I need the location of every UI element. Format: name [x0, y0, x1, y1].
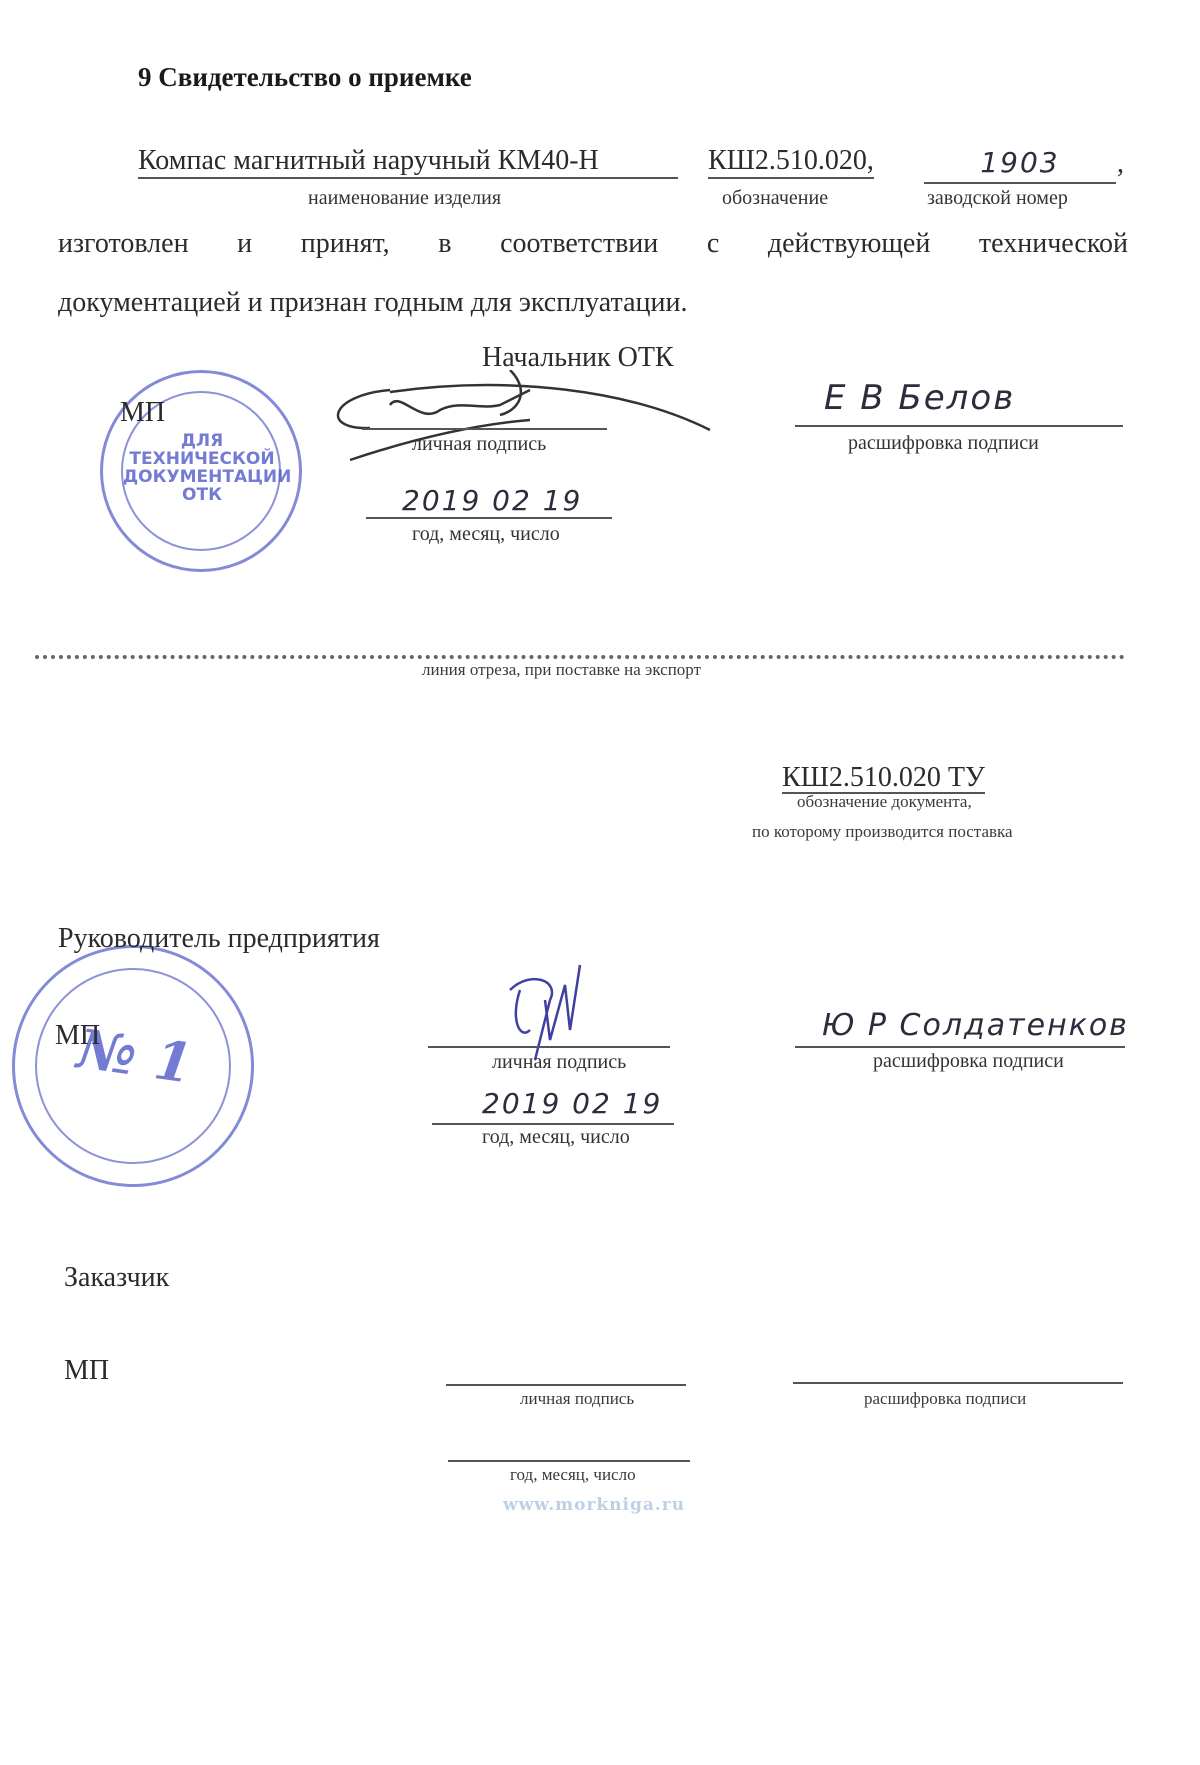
serial-number-field: 1903 — [924, 146, 1116, 184]
serial-number-caption: заводской номер — [927, 187, 1068, 210]
director-decoded-caption: расшифровка подписи — [873, 1050, 1064, 1073]
otk-date-line — [366, 517, 612, 519]
supply-doc-designation: КШ2.510.020 ТУ — [782, 764, 985, 794]
supply-doc-caption-1: обозначение документа, — [797, 792, 972, 812]
director-signature-line — [428, 1046, 670, 1048]
otk-stamp-text: ДЛЯ ТЕХНИЧЕСКОЙ ДОКУМЕНТАЦИИ ОТК — [123, 433, 281, 504]
cut-line-caption: линия отреза, при поставке на экспорт — [422, 660, 701, 680]
customer-date-caption: год, месяц, число — [510, 1465, 636, 1485]
director-stamp: № 1 — [12, 945, 254, 1187]
section-title: 9 Свидетельство о приемке — [138, 62, 472, 93]
customer-date-line — [448, 1460, 690, 1462]
director-signature-caption: личная подпись — [492, 1051, 626, 1074]
statement-line-1: изготовлен и принят, в соответствии с де… — [58, 228, 1128, 260]
director-date: 2019 02 19 — [482, 1087, 662, 1120]
watermark: www.morkniga.ru — [503, 1495, 685, 1515]
director-decoded-line — [795, 1046, 1125, 1048]
otk-decoded-name: Е В Белов — [824, 378, 1015, 418]
director-date-line — [432, 1123, 674, 1125]
customer-signature-caption: личная подпись — [520, 1389, 634, 1409]
director-mp-label: МП — [55, 1020, 100, 1052]
cut-line — [35, 655, 1125, 659]
customer-decoded-caption: расшифровка подписи — [864, 1389, 1026, 1409]
product-name-caption: наименование изделия — [308, 187, 501, 210]
director-decoded-name: Ю Р Солдатенков — [822, 1008, 1129, 1043]
otk-signature-line — [362, 428, 607, 430]
otk-decoded-caption: расшифровка подписи — [848, 432, 1039, 455]
serial-number-value: 1903 — [980, 146, 1059, 179]
product-designation-caption: обозначение — [722, 187, 828, 210]
otk-signature-caption: личная подпись — [412, 433, 546, 456]
customer-role: Заказчик — [64, 1262, 169, 1294]
product-name: Компас магнитный наручный КМ40-Н — [138, 145, 678, 179]
otk-mp-label: МП — [120, 397, 165, 429]
customer-signature-line — [446, 1384, 686, 1386]
otk-date: 2019 02 19 — [402, 484, 582, 517]
customer-decoded-line — [793, 1382, 1123, 1384]
customer-mp-label: МП — [64, 1355, 109, 1387]
supply-doc-caption-2: по которому производится поставка — [752, 822, 1013, 842]
director-date-caption: год, месяц, число — [482, 1126, 630, 1149]
statement-line-2: документацией и признан годным для экспл… — [58, 287, 687, 319]
serial-comma: , — [1117, 148, 1124, 180]
otk-date-caption: год, месяц, число — [412, 523, 560, 546]
otk-decoded-line — [795, 425, 1123, 427]
director-role: Руководитель предприятия — [58, 923, 380, 955]
product-designation: КШ2.510.020, — [708, 145, 874, 179]
